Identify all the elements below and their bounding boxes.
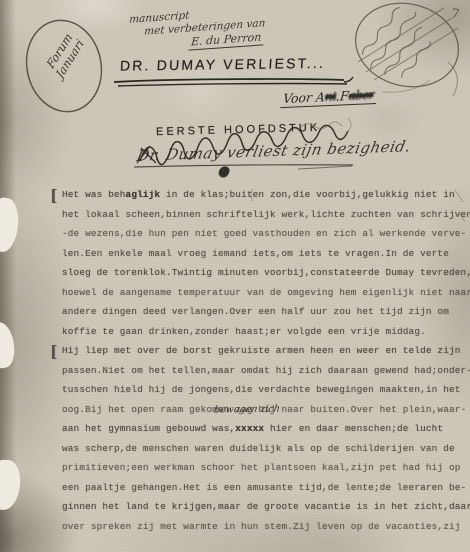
typed-line: [Hij liep met over de borst gekruiste ar… — [62, 345, 464, 365]
typed-line: was scherp,de menschen waren duidelijk a… — [62, 443, 464, 463]
corner-page-mark: 7 — [450, 6, 461, 22]
typed-body: [Het was behaglijk in de klas;buiten zon… — [62, 189, 464, 540]
ink-blot — [217, 164, 231, 179]
dedication-text: .F — [335, 88, 349, 104]
pencil-curve — [448, 62, 457, 96]
manuscript-page: Forum Januari manuscript met verbetering… — [0, 0, 470, 552]
torn-edge-patch — [0, 196, 22, 253]
typed-line: het lokaal scheen,binnen schriftelijk we… — [62, 209, 464, 229]
typed-line: tusschen hield hij de jongens,die verdac… — [62, 384, 464, 404]
pencil-bracket: [ — [50, 342, 58, 361]
pencil-bracket: [ — [50, 186, 58, 205]
typed-line: len.Een enkele maal vroeg iemand iets,om… — [62, 248, 464, 268]
typed-line: [Het was behaglijk in de klas;buiten zon… — [62, 189, 464, 209]
typed-line: primitieven;een werkman schoor het plant… — [62, 462, 464, 482]
left-oval-stamp: Forum Januari — [35, 16, 95, 95]
typed-line: andere dingen deed verlangen.Over een ha… — [62, 306, 464, 326]
dedication-struck-text: nt — [324, 89, 337, 105]
interline-correction: bewogen zich — [213, 403, 281, 415]
page-title: DR. DUMAY VERLIEST... — [120, 54, 361, 73]
typed-line: aan het gymnasium gebouwd was,xxxxx hier… — [62, 423, 464, 443]
chapter-heading: EERSTE HOOFDSTUK — [156, 122, 320, 138]
torn-edge-patch — [0, 459, 22, 511]
typed-line: sloeg de torenklok.Twintig minuten voorb… — [62, 267, 464, 287]
typed-line: over spreken zij met warmte in hun stem.… — [62, 521, 464, 541]
typed-line: -de wezens,die hun pen niet goed vasthou… — [62, 228, 464, 248]
dedication-struck-text: aber — [348, 87, 374, 103]
dedication: Voor Ant.Faber — [280, 87, 378, 108]
typed-line: hoewel de aangename temperatuur van de o… — [62, 287, 464, 307]
title-underline — [114, 77, 353, 86]
provenance-note: manuscript met verbeteringen van E. du P… — [127, 4, 267, 55]
typed-line: passen.Niet om het tellen,maar omdat hij… — [62, 365, 464, 385]
strike-lines — [358, 8, 458, 80]
dedication-text: Voor A — [282, 89, 325, 106]
typed-line: ginnen het land te krijgen,maar de groot… — [62, 501, 464, 521]
crossed-chapter-subtitle: Dr. Dumay verliest zijn bezigheid. — [135, 137, 413, 165]
right-oval-stamp — [347, 0, 468, 97]
typed-line: een paaltje gehangen.Het is een amusante… — [62, 482, 464, 502]
typed-line: koffie te gaan drinken,zonder haast;er v… — [62, 326, 464, 346]
illegible-scribble — [357, 1, 441, 89]
